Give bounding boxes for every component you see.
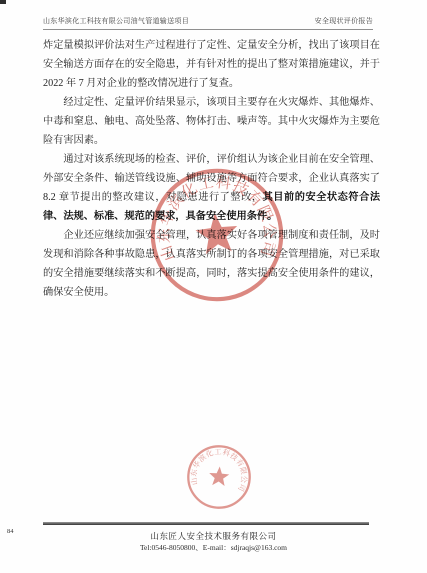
paragraph-text: 经过定性、定量评价结果显示，该项目主要存在火灾爆炸、其他爆炸、中毒和窒息、触电、… <box>43 97 380 146</box>
seal-ring <box>186 444 252 510</box>
seal-arc-text: 山东华滨化工科技有限公司 <box>188 445 250 493</box>
seal-star-icon <box>208 466 229 486</box>
document-body: 炸定量模拟评价法对生产过程进行了定性、定量安全分析，找出了该项目在安全输送方面存… <box>43 36 380 302</box>
svg-text:山东华滨化工科技有限公司: 山东华滨化工科技有限公司 <box>188 445 250 493</box>
paragraph-conclusion: 通过对该系统现场的检查、评价，评价组认为该企业目前在安全管理、外部安全条件、输送… <box>43 150 380 226</box>
company-seal-stamp-bottom: 山东华滨化工科技有限公司 <box>184 442 254 512</box>
footer-divider <box>43 522 369 525</box>
paragraph-text: 企业还应继续加强安全管理，认真落实好各项管理制度和责任制，及时发现和消除各种事故… <box>43 230 380 298</box>
paragraph-continuation: 炸定量模拟评价法对生产过程进行了定性、定量安全分析，找出了该项目在安全输送方面存… <box>43 36 380 93</box>
page-header: 山东华滨化工科技有限公司油气管道输送项目 安全现状评价报告 <box>43 16 373 30</box>
paragraph-text: 炸定量模拟评价法对生产过程进行了定性、定量安全分析，找出了该项目在安全输送方面存… <box>43 40 380 89</box>
header-report-title: 安全现状评价报告 <box>315 16 373 26</box>
paragraph-risks: 经过定性、定量评价结果显示，该项目主要存在火灾爆炸、其他爆炸、中毒和窒息、触电、… <box>43 93 380 150</box>
footer-company-name: 山东匠人安全技术服务有限公司 <box>0 531 427 542</box>
footer-contact-info: Tel:0546-8050800、E-mail：sdjraqjs@163.com <box>0 542 427 553</box>
document-page: 山东华滨化工科技有限公司油气管道输送项目 安全现状评价报告 炸定量模拟评价法对生… <box>0 0 427 573</box>
scan-artifact <box>0 0 6 4</box>
header-project-title: 山东华滨化工科技有限公司油气管道输送项目 <box>43 16 189 26</box>
paragraph-recommendations: 企业还应继续加强安全管理，认真落实好各项管理制度和责任制，及时发现和消除各种事故… <box>43 226 380 302</box>
page-footer: 山东匠人安全技术服务有限公司 Tel:0546-8050800、E-mail：s… <box>0 531 427 553</box>
